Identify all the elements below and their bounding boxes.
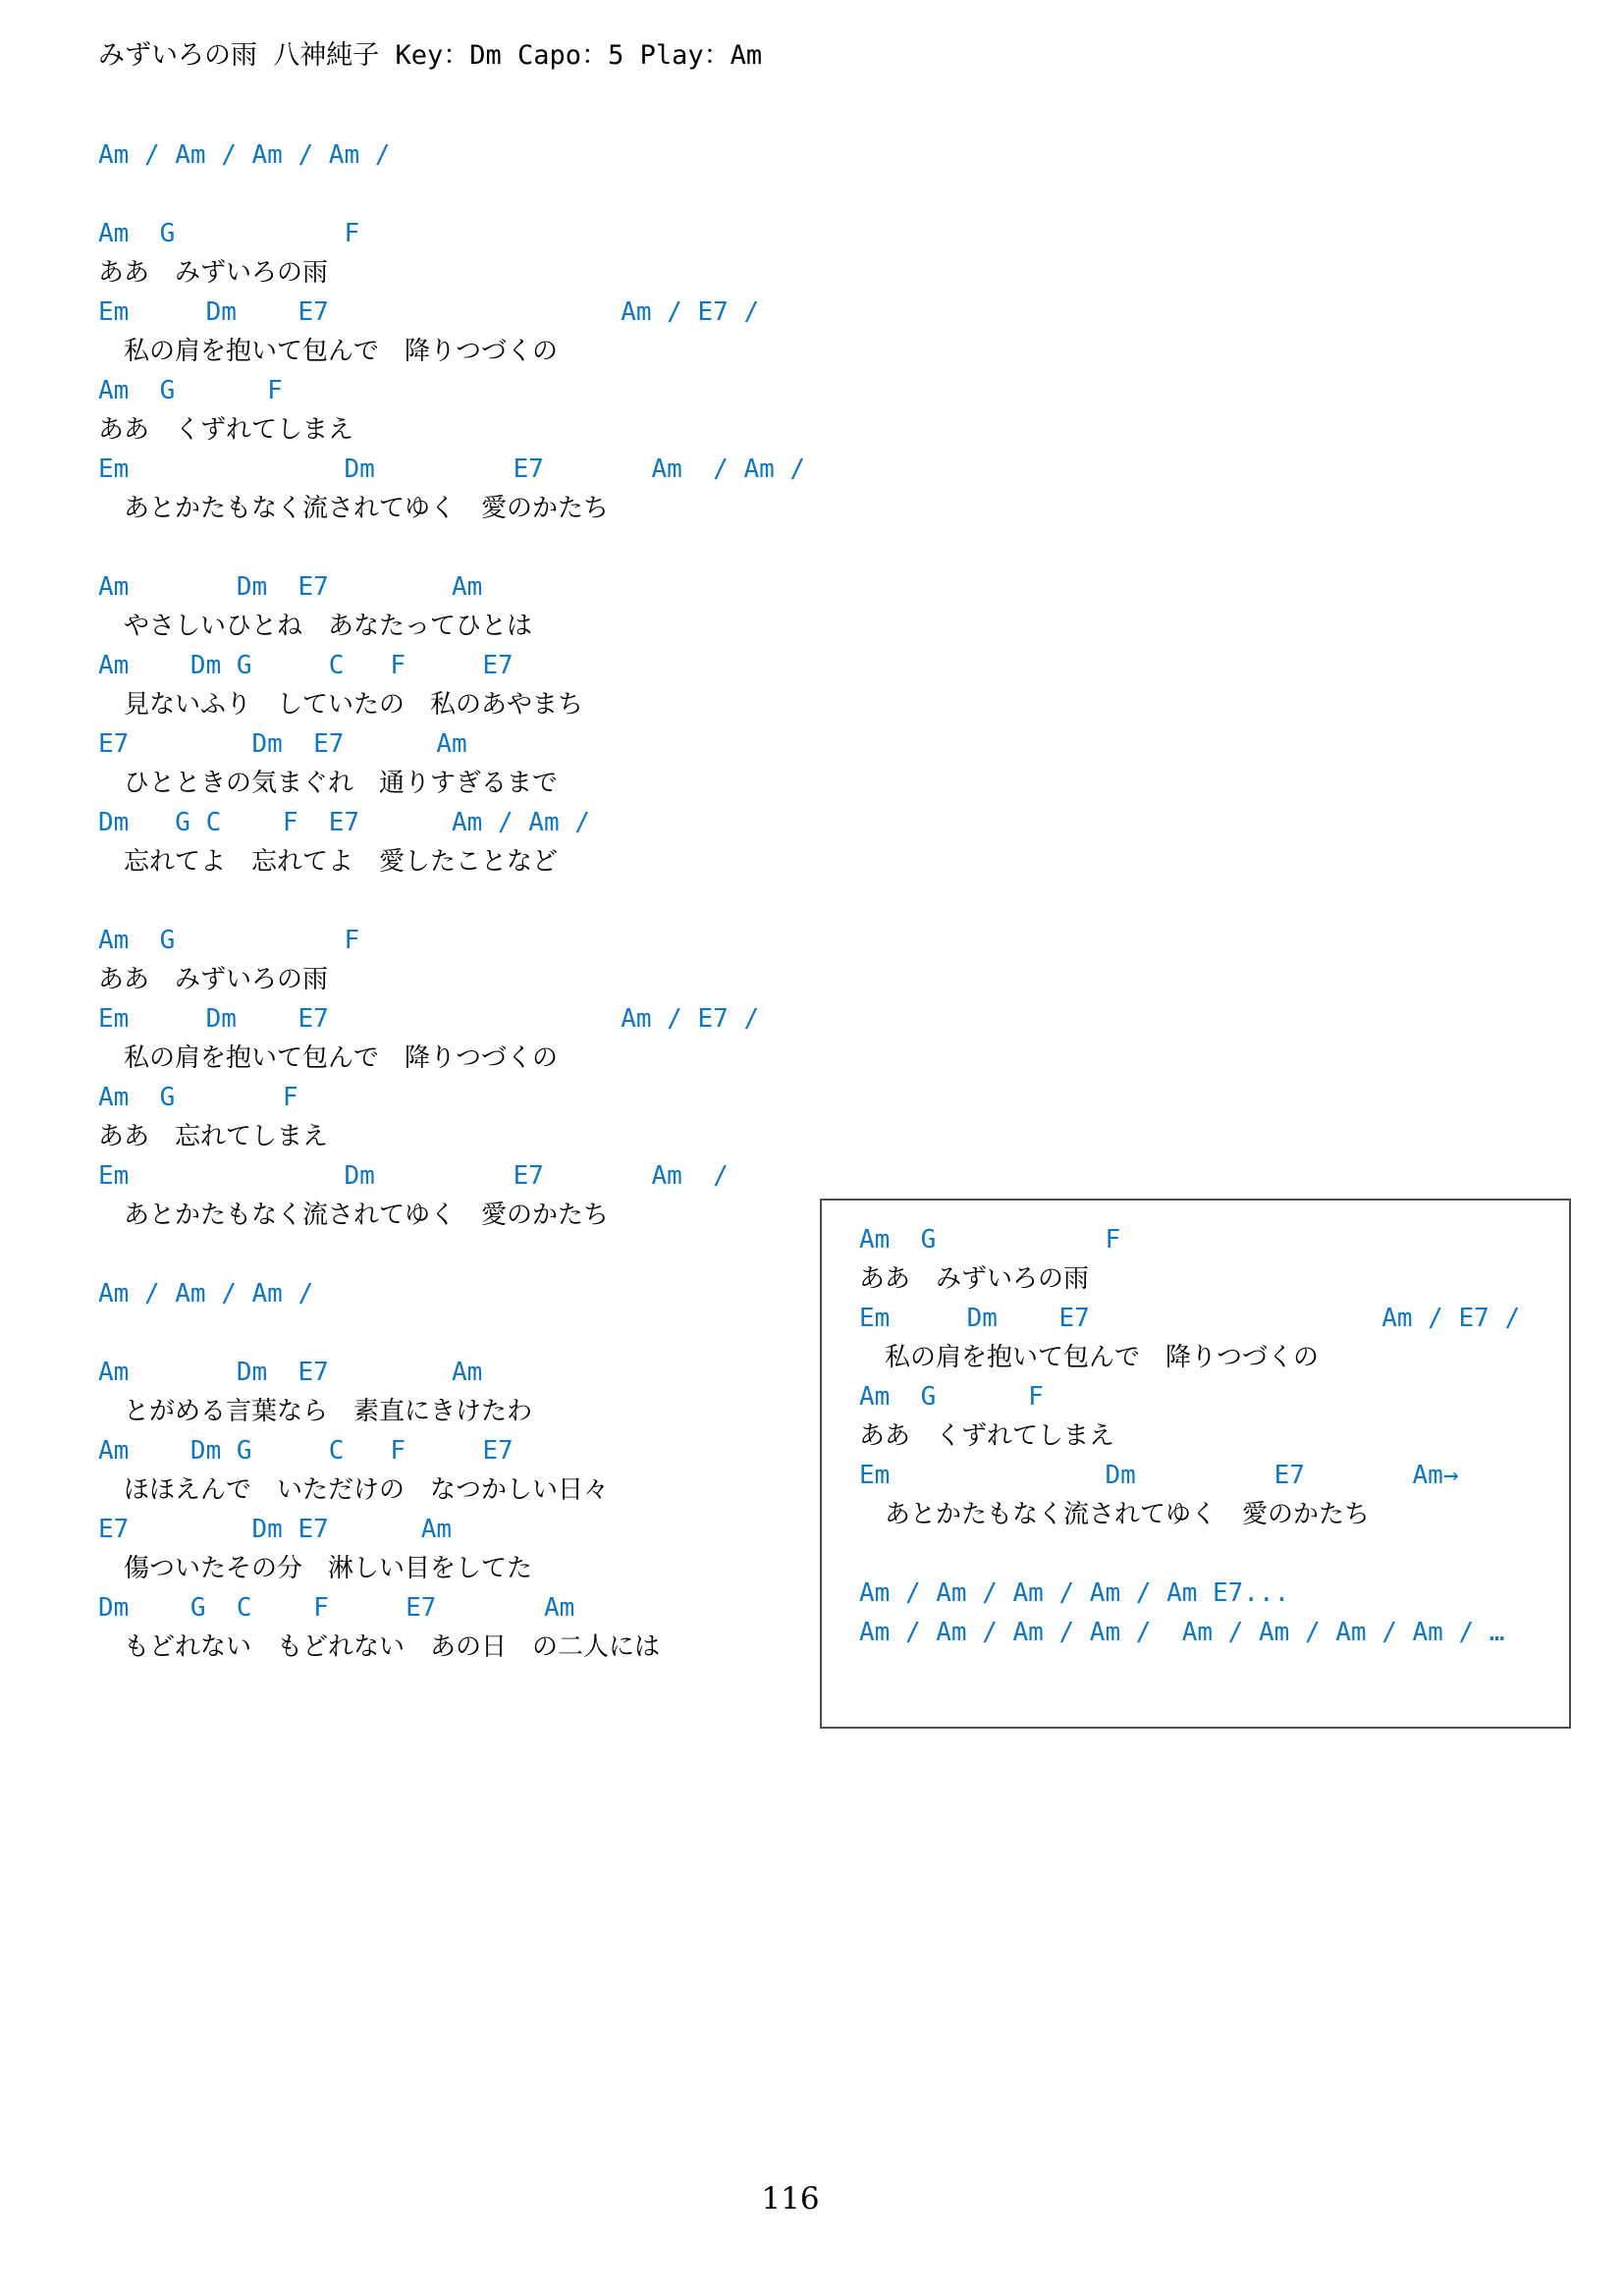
chord-line: Am / Am / Am / Am / Am / Am / Am / Am / … bbox=[859, 1613, 1559, 1652]
lyric-line: 私の肩を抱いて包んで 降りつづくの bbox=[98, 1039, 805, 1078]
lyric-line: ああ みずいろの雨 bbox=[98, 960, 805, 999]
chord-line: Am / Am / Am / bbox=[98, 1274, 805, 1313]
chord-line: E7 Dm E7 Am bbox=[98, 724, 805, 764]
lyric-line: ほほえんで いただけの なつかしい日々 bbox=[98, 1470, 805, 1510]
chord-line: Am G F bbox=[98, 1078, 805, 1117]
lyric-line: あとかたもなく流されてゆく 愛のかたち bbox=[98, 489, 805, 528]
chord-line: Am G F bbox=[98, 214, 805, 253]
chord-line: Em Dm E7 Am / Am / bbox=[98, 450, 805, 489]
chord-sheet-page: みずいろの雨 八神純子 Key：Dm Capo：5 Play：Am Am / A… bbox=[0, 0, 1624, 2296]
lyric-line: とがめる言葉なら 素直にきけたわ bbox=[98, 1392, 805, 1431]
chord-line: Am G F bbox=[859, 1220, 1559, 1259]
lyric-line: 私の肩を抱いて包んで 降りつづくの bbox=[859, 1338, 1559, 1377]
chord-line: Dm G C F E7 Am bbox=[98, 1588, 805, 1628]
chord-line: Em Dm E7 Am / E7 / bbox=[98, 293, 805, 332]
chord-line: Am G F bbox=[98, 371, 805, 410]
blank-line bbox=[98, 881, 805, 921]
main-column: みずいろの雨 八神純子 Key：Dm Capo：5 Play：Am Am / A… bbox=[98, 39, 805, 1667]
lyric-line: ああ くずれてしまえ bbox=[98, 410, 805, 450]
chord-line: Am G F bbox=[859, 1377, 1559, 1416]
lyric-line: 忘れてよ 忘れてよ 愛したことなど bbox=[98, 842, 805, 881]
coda-box: Am G Fああ みずいろの雨Em Dm E7 Am / E7 / 私の肩を抱い… bbox=[820, 1199, 1571, 1729]
lyric-line: あとかたもなく流されてゆく 愛のかたち bbox=[98, 1196, 805, 1235]
chord-line: Am Dm E7 Am bbox=[98, 1353, 805, 1392]
lyric-line: やさしいひとね あなたってひとは bbox=[98, 607, 805, 646]
chord-line: Am G F bbox=[98, 921, 805, 960]
blank-line bbox=[98, 528, 805, 567]
chord-line: Am Dm G C F E7 bbox=[98, 1431, 805, 1470]
lyric-line: ひとときの気まぐれ 通りすぎるまで bbox=[98, 764, 805, 803]
lyric-line: 傷ついたその分 淋しい目をしてた bbox=[98, 1549, 805, 1588]
blank-line bbox=[859, 1534, 1559, 1574]
chord-line: Em Dm E7 Am→ bbox=[859, 1456, 1559, 1495]
blank-line bbox=[98, 1235, 805, 1274]
lyric-line: 見ないふり していたの 私のあやまち bbox=[98, 685, 805, 724]
coda-box-content: Am G Fああ みずいろの雨Em Dm E7 Am / E7 / 私の肩を抱い… bbox=[859, 1220, 1559, 1652]
chord-line: Dm G C F E7 Am / Am / bbox=[98, 803, 805, 842]
chord-line: Am Dm E7 Am bbox=[98, 567, 805, 607]
chord-line: E7 Dm E7 Am bbox=[98, 1510, 805, 1549]
lyric-line: ああ くずれてしまえ bbox=[859, 1416, 1559, 1456]
chord-line: Am / Am / Am / Am / bbox=[98, 135, 805, 175]
page-number: 116 bbox=[0, 2181, 1581, 2216]
chord-line: Am / Am / Am / Am / Am E7... bbox=[859, 1574, 1559, 1613]
lyric-line: ああ みずいろの雨 bbox=[859, 1259, 1559, 1299]
chords-lyrics-area: Am / Am / Am / Am / Am G Fああ みずいろの雨Em Dm… bbox=[98, 135, 805, 1667]
lyric-line: あとかたもなく流されてゆく 愛のかたち bbox=[859, 1495, 1559, 1534]
chord-line: Em Dm E7 Am / E7 / bbox=[98, 999, 805, 1039]
song-title: みずいろの雨 八神純子 Key：Dm Capo：5 Play：Am bbox=[98, 39, 805, 73]
lyric-line: ああ みずいろの雨 bbox=[98, 253, 805, 293]
lyric-line: もどれない もどれない あの日 の二人には bbox=[98, 1628, 805, 1667]
chord-line: Em Dm E7 Am / bbox=[98, 1156, 805, 1196]
lyric-line: ああ 忘れてしまえ bbox=[98, 1117, 805, 1156]
chord-line: Am Dm G C F E7 bbox=[98, 646, 805, 685]
blank-line bbox=[98, 175, 805, 214]
blank-line bbox=[98, 1313, 805, 1353]
chord-line: Em Dm E7 Am / E7 / bbox=[859, 1299, 1559, 1338]
lyric-line: 私の肩を抱いて包んで 降りつづくの bbox=[98, 332, 805, 371]
